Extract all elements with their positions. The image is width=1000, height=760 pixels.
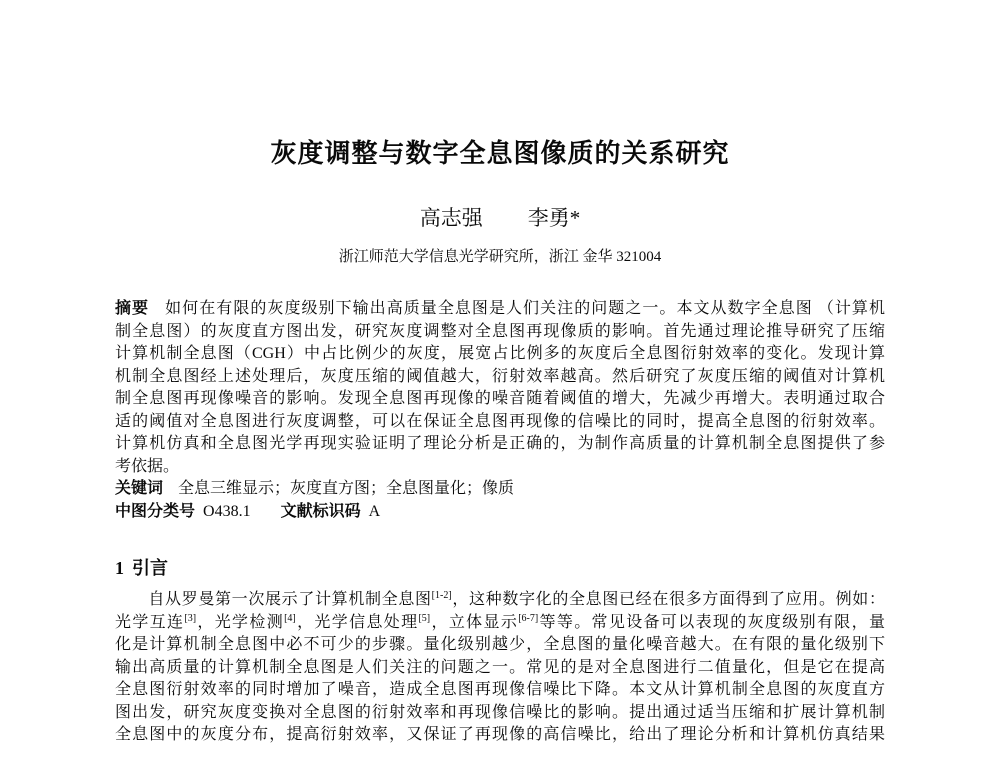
keywords-label: 关键词 <box>115 480 163 497</box>
author-second: 李勇* <box>528 206 581 230</box>
text-line: 全息图中的灰度分布，提高衍射效率，又保证了再现像的高信噪比，给出了理论分析和计算… <box>115 724 885 747</box>
authors-line: 高志强李勇* <box>115 202 885 232</box>
introduction-paragraph: 自从罗曼第一次展示了计算机制全息图[1-2]，这种数字化的全息图已经在很多方面得… <box>115 589 885 747</box>
affiliation: 浙江师范大学信息光学研究所，浙江 金华 321004 <box>115 245 885 266</box>
section-1-heading: 1引言 <box>115 554 885 580</box>
citation-ref: [6-7] <box>518 613 538 624</box>
citation-ref: [4] <box>284 613 296 624</box>
document-page: 灰度调整与数字全息图像质的关系研究 高志强李勇* 浙江师范大学信息光学研究所，浙… <box>115 0 885 747</box>
paper-title: 灰度调整与数字全息图像质的关系研究 <box>115 133 885 170</box>
keywords-content: 全息三维显示；灰度直方图；全息图量化；像质 <box>178 480 514 497</box>
abstract-lines: 制全息图）的灰度直方图出发，研究灰度调整对全息图再现像质的影响。首先通过理论推导… <box>115 321 885 479</box>
abstract-section: 摘要如何在有限的灰度级别下输出高质量全息图是人们关注的问题之一。本文从数字全息图… <box>115 298 885 523</box>
text-line: 图出发，研究灰度变换对全息图的衍射效率和再现像信噪比的影响。提出通过适当压缩和扩… <box>115 702 885 725</box>
text-line: 化是计算机制全息图中必不可少的步骤。量化级别越少，全息图的量化噪音越大。在有限的… <box>115 634 885 657</box>
text-line: 机制全息图经上述处理后，灰度压缩的阈值越大，衍射效率越高。然后研究了灰度压缩的阈… <box>115 366 885 389</box>
doc-code-value: A <box>369 503 381 520</box>
text-line: 输出高质量的计算机制全息图是人们关注的问题之一。常见的是对全息图进行二值量化，但… <box>115 657 885 680</box>
text-line: 自从罗曼第一次展示了计算机制全息图[1-2]，这种数字化的全息图已经在很多方面得… <box>115 589 885 612</box>
citation-ref: [1-2] <box>432 590 452 601</box>
text-line: 计算机制全息图（CGH）中占比例少的灰度，展宽占比例多的灰度后全息图衍射效率的变… <box>115 343 885 366</box>
text-line: 适的阈值对全息图进行灰度调整，可以在保证全息图再现像的信噪比的同时，提高全息图的… <box>115 411 885 434</box>
classification-line: 中图分类号O438.1文献标识码A <box>115 501 885 524</box>
author-first: 高志强 <box>420 206 483 230</box>
citation-ref: [5] <box>418 613 430 624</box>
clc-label: 中图分类号 <box>115 503 195 520</box>
clc-value: O438.1 <box>203 503 251 520</box>
text-line: 考依据。 <box>115 456 885 479</box>
citation-ref: [3] <box>184 613 196 624</box>
text-line: 制全息图）的灰度直方图出发，研究灰度调整对全息图再现像质的影响。首先通过理论推导… <box>115 321 885 344</box>
text-line: 制全息图再现像噪音的影响。发现全息图再现像的噪音随着阈值的增大，先减少再增大。表… <box>115 388 885 411</box>
text-line: 计算机仿真和全息图光学再现实验证明了理论分析是正确的，为制作高质量的计算机制全息… <box>115 433 885 456</box>
doc-code-label: 文献标识码 <box>281 503 361 520</box>
section-title: 引言 <box>132 558 168 578</box>
text-line: 全息图衍射效率的同时增加了噪音，造成全息图再现像信噪比下降。本文从计算机制全息图… <box>115 679 885 702</box>
section-number: 1 <box>115 558 124 578</box>
abstract-first-line: 摘要如何在有限的灰度级别下输出高质量全息图是人们关注的问题之一。本文从数字全息图… <box>115 298 885 321</box>
keywords-line: 关键词全息三维显示；灰度直方图；全息图量化；像质 <box>115 478 885 501</box>
text-line: 光学互连[3]，光学检测[4]，光学信息处理[5]，立体显示[6-7]等等。常见… <box>115 612 885 635</box>
abstract-first-text: 如何在有限的灰度级别下输出高质量全息图是人们关注的问题之一。本文从数字全息图 （… <box>164 300 885 317</box>
abstract-label: 摘要 <box>115 300 149 317</box>
